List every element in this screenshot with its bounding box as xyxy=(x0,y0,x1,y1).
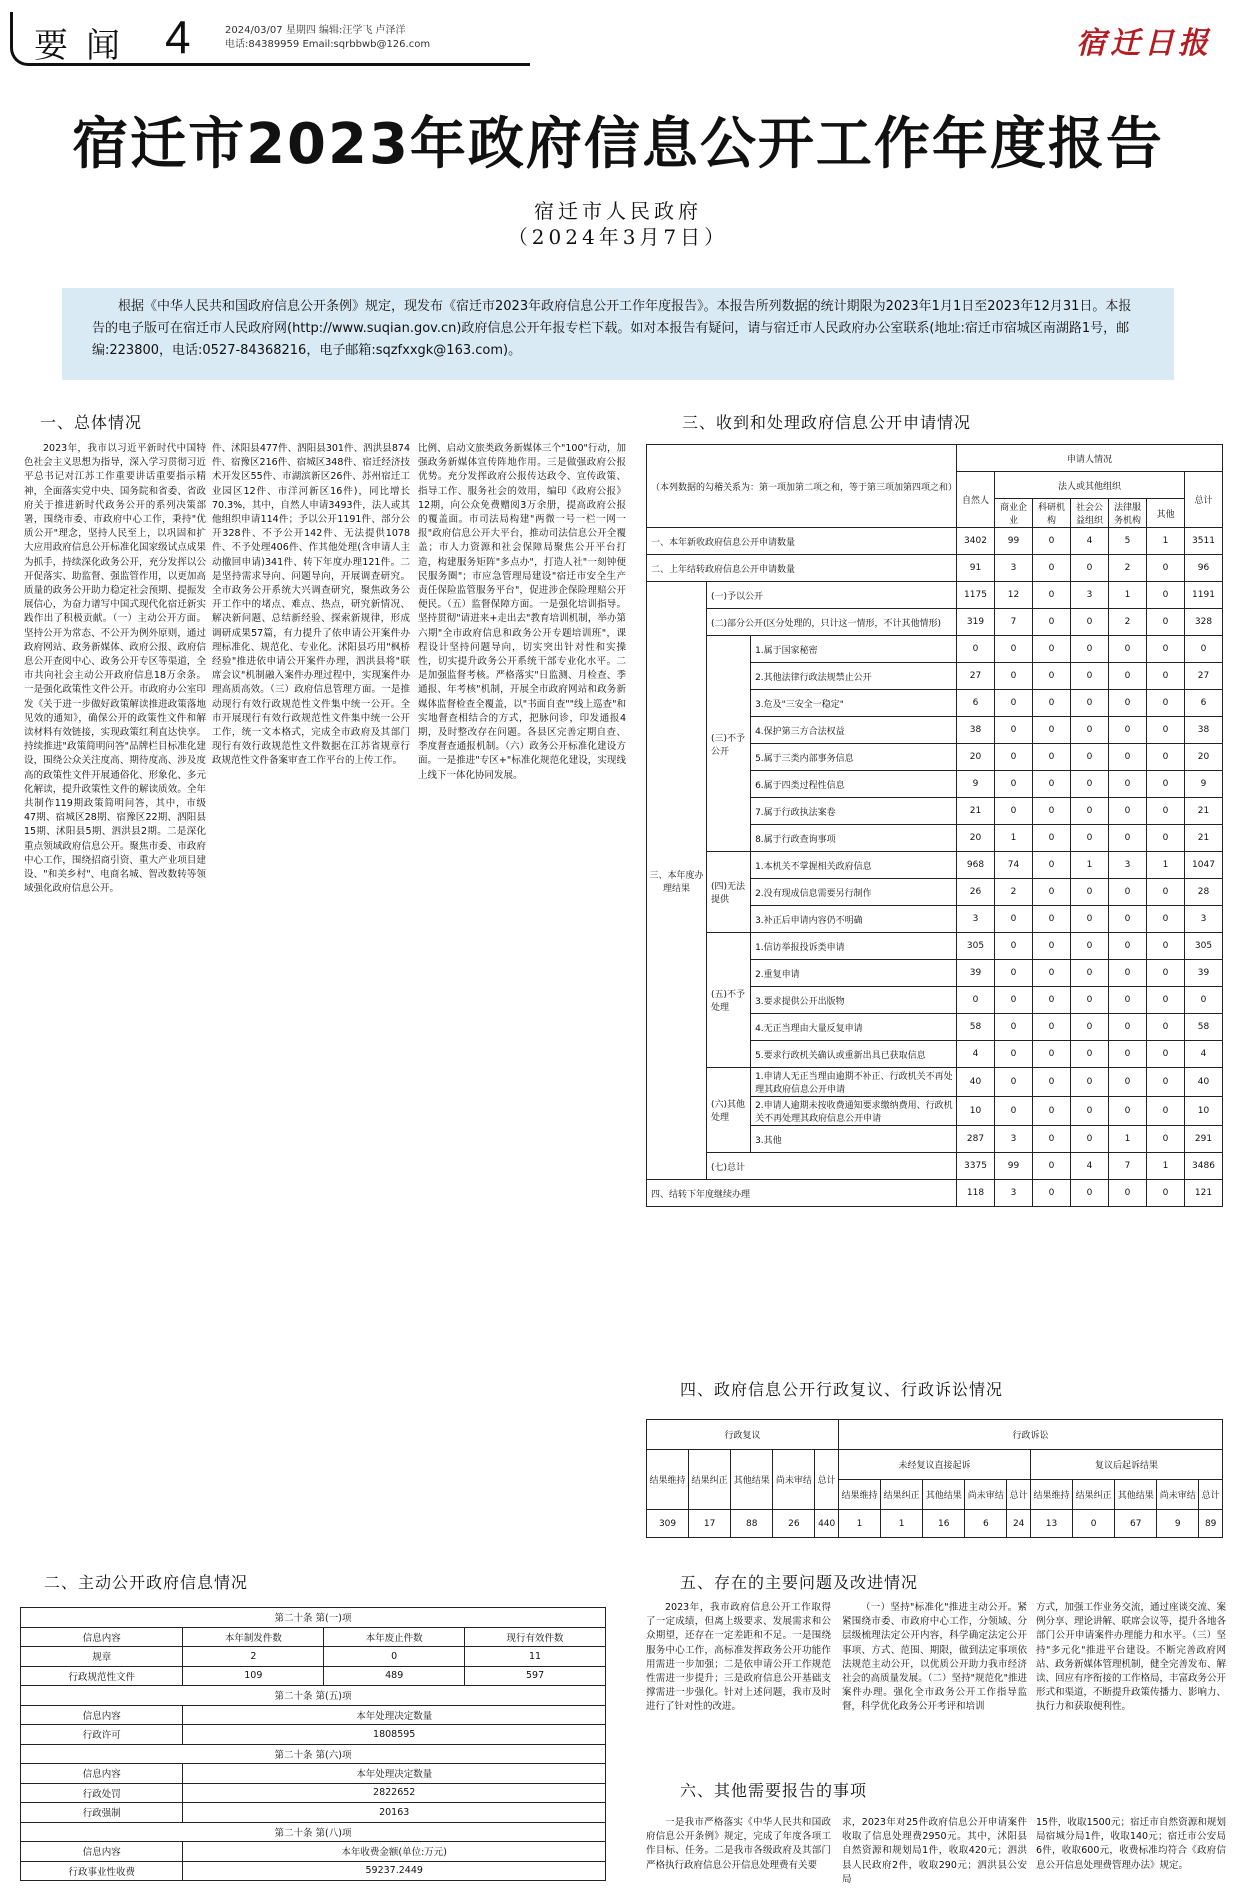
table-cell: 0 xyxy=(1071,798,1109,825)
table-row: 行政许可1808595 xyxy=(21,1725,606,1745)
column-header: 科研机构 xyxy=(1033,499,1071,528)
paragraph: 求，2023年对25件政府信息公开申请案件收取了信息处理费2950元。其中，沭阳… xyxy=(842,1816,1027,1887)
application-handling-table: （本列数据的勾稽关系为：第一项加第二项之和，等于第三项加第四项之和）申请人情况自… xyxy=(646,444,1223,1207)
table-cell: 0 xyxy=(1071,663,1109,690)
table-row: 信息内容本年制发件数本年废止件数现行有效件数 xyxy=(21,1627,606,1647)
row-label: 7.属于行政执法案卷 xyxy=(751,798,957,825)
row-label: (一)予以公开 xyxy=(706,582,956,609)
table-cell: 99 xyxy=(995,528,1033,555)
column-header: 其他结果 xyxy=(923,1480,965,1510)
table-cell: 0 xyxy=(1033,933,1071,960)
table-cell: 2822652 xyxy=(183,1783,606,1803)
block-title: 第二十条 第(一)项 xyxy=(21,1608,606,1628)
table-cell: 0 xyxy=(1147,771,1185,798)
issuer-date: （2024年3月7日） xyxy=(0,224,1236,250)
issuer-block: 宿迁市人民政府 （2024年3月7日） xyxy=(0,198,1236,250)
table-cell: 0 xyxy=(1147,609,1185,636)
table-cell: 1 xyxy=(1147,528,1185,555)
proactive-disclosure-table: 第二十条 第(一)项信息内容本年制发件数本年废止件数现行有效件数规章2011行政… xyxy=(20,1607,606,1881)
column-header: 信息内容 xyxy=(21,1627,183,1647)
section6-heading: 六、其他需要报告的事项 xyxy=(680,1778,867,1801)
table-cell: 0 xyxy=(995,1014,1033,1041)
table-row: 行政规范性文件109489597 xyxy=(21,1666,606,1686)
table-cell: 0 xyxy=(1147,798,1185,825)
table-cell: 0 xyxy=(1109,771,1147,798)
table-cell: 0 xyxy=(1109,906,1147,933)
row-label: 6.属于四类过程性信息 xyxy=(751,771,957,798)
column-header: 信息内容 xyxy=(21,1764,183,1784)
page-title: 宿迁市2023年政府信息公开工作年度报告 xyxy=(0,100,1236,180)
table-cell: 0 xyxy=(1109,987,1147,1014)
section1-heading: 一、总体情况 xyxy=(40,410,142,433)
table-cell: 0 xyxy=(1071,555,1109,582)
table-cell: 11 xyxy=(465,1647,606,1667)
table-cell: 0 xyxy=(324,1647,465,1667)
table-cell: 4 xyxy=(957,1041,995,1068)
column-header: 行政诉讼 xyxy=(838,1420,1222,1450)
paragraph: 2023年，我市政府信息公开工作取得了一定成绩，但离上级要求、发展需求和公众期望… xyxy=(646,1601,831,1715)
table-cell: 12 xyxy=(995,582,1033,609)
table-cell: 3402 xyxy=(957,528,995,555)
row-label: 5.要求行政机关确认或重新出具已获取信息 xyxy=(751,1041,957,1068)
row-label: 3.其他 xyxy=(751,1126,957,1153)
table-cell: 1 xyxy=(838,1510,880,1538)
table-cell: 0 xyxy=(1109,879,1147,906)
table-row: 规章2011 xyxy=(21,1647,606,1667)
table-row: 信息内容本年处理决定数量 xyxy=(21,1764,606,1784)
table-cell: 0 xyxy=(1071,744,1109,771)
table-row: 第二十条 第(八)项 xyxy=(21,1822,606,1842)
table-cell: 0 xyxy=(1109,933,1147,960)
table-cell: 0 xyxy=(1033,825,1071,852)
row-label: 5.属于三类内部事务信息 xyxy=(751,744,957,771)
table-cell: 0 xyxy=(1147,1097,1185,1126)
table-row: 第二十条 第(五)项 xyxy=(21,1686,606,1706)
paragraph: 一是我市严格落实《中华人民共和国政府信息公开条例》规定，完成了年度各项工作目标、… xyxy=(646,1816,831,1873)
table-cell: 0 xyxy=(1071,906,1109,933)
table-cell: 4 xyxy=(1071,1153,1109,1180)
table-cell: 3 xyxy=(1109,852,1147,879)
table-cell: 0 xyxy=(1071,690,1109,717)
group-label: (四)无法提供 xyxy=(706,852,750,933)
table-cell: 0 xyxy=(1071,1041,1109,1068)
section6-column-3: 15件，收取1500元；宿迁市自然资源和规划局宿城分局1件，收取140元；宿迁市… xyxy=(1036,1816,1226,1873)
table-cell: 0 xyxy=(995,717,1033,744)
column-header: 商业企业 xyxy=(995,499,1033,528)
row-label: 2.申请人逾期未按收费通知要求缴纳费用、行政机关不再处理其政府信息公开申请 xyxy=(751,1097,957,1126)
block-title: 第二十条 第(五)项 xyxy=(21,1686,606,1706)
table-cell: 9 xyxy=(1157,1510,1199,1538)
table-cell: 0 xyxy=(1147,1126,1185,1153)
table-cell: 2 xyxy=(183,1647,324,1667)
table-cell: 5 xyxy=(1109,528,1147,555)
table-cell: 0 xyxy=(995,636,1033,663)
section2-heading: 二、主动公开政府信息情况 xyxy=(44,1570,248,1593)
table-cell: 16 xyxy=(923,1510,965,1538)
paragraph: 件、沭阳县477件、泗阳县301件、泗洪县874件、宿豫区216件、宿城区348… xyxy=(212,442,410,769)
table-cell: 1175 xyxy=(957,582,995,609)
section5-column-2: （一）坚持"标准化"推进主动公开。紧紧围绕市委、市政府中心工作，分领域、分层级梳… xyxy=(842,1601,1027,1715)
table-cell: 0 xyxy=(995,744,1033,771)
column-header: 复议后起诉结果 xyxy=(1030,1450,1222,1480)
row-label: 行政许可 xyxy=(21,1725,183,1745)
table-cell: 20 xyxy=(957,744,995,771)
table-row: 三、本年度办理结果(一)予以公开11751203101191 xyxy=(647,582,1223,609)
section5-heading: 五、存在的主要问题及改进情况 xyxy=(680,1570,918,1593)
table-cell: 0 xyxy=(1109,1014,1147,1041)
table-row: （本列数据的勾稽关系为：第一项加第二项之和，等于第三项加第四项之和）申请人情况 xyxy=(647,445,1223,472)
table-cell: 28 xyxy=(1185,879,1223,906)
table-cell: 0 xyxy=(1033,717,1071,744)
table-cell: 0 xyxy=(1071,1068,1109,1097)
group-label: (三)不予公开 xyxy=(706,636,750,852)
group-label: (六)其他处理 xyxy=(706,1068,750,1153)
table-row: 行政强制20163 xyxy=(21,1803,606,1823)
column-header: 结果纠正 xyxy=(1073,1480,1115,1510)
table-cell: 0 xyxy=(1033,744,1071,771)
row-label: 一、本年新收政府信息公开申请数量 xyxy=(647,528,957,555)
table-cell: 287 xyxy=(957,1126,995,1153)
row-label: (二)部分公开(区分处理的，只计这一情形，不计其他情形) xyxy=(706,609,956,636)
table-cell: 0 xyxy=(1071,1097,1109,1126)
table-cell: 3486 xyxy=(1185,1153,1223,1180)
row-label: 行政事业性收费 xyxy=(21,1861,183,1881)
table-cell: 2 xyxy=(1109,555,1147,582)
table-cell: 0 xyxy=(1033,1097,1071,1126)
table-cell: 0 xyxy=(1071,825,1109,852)
row-label: 1.申请人无正当理由逾期不补正、行政机关不再处理其政府信息公开申请 xyxy=(751,1068,957,1097)
table-row: 信息内容本年收费金额(单位:万元) xyxy=(21,1842,606,1862)
table-cell: 0 xyxy=(1109,1041,1147,1068)
paragraph: 15件，收取1500元；宿迁市自然资源和规划局宿城分局1件，收取140元；宿迁市… xyxy=(1036,1816,1226,1873)
row-label: 行政规范性文件 xyxy=(21,1666,183,1686)
section4-heading: 四、政府信息公开行政复议、行政诉讼情况 xyxy=(680,1377,1003,1400)
review-litigation-table: 行政复议行政诉讼结果维持结果纠正其他结果尚未审结总计未经复议直接起诉复议后起诉结… xyxy=(646,1419,1223,1538)
issuer-name: 宿迁市人民政府 xyxy=(0,198,1236,224)
table-cell: 3 xyxy=(957,906,995,933)
row-label: 1.属于国家秘密 xyxy=(751,636,957,663)
table-cell: 20 xyxy=(957,825,995,852)
row-label: 1.信访举报投诉类申请 xyxy=(751,933,957,960)
table-cell: 67 xyxy=(1115,1510,1157,1538)
column-header: 现行有效件数 xyxy=(465,1627,606,1647)
table-cell: 109 xyxy=(183,1666,324,1686)
masthead-meta: 2024/03/07 星期四 编辑:汪学飞 卢泽洋 电话:84389959 Em… xyxy=(225,24,430,52)
column-header: 法律服务机构 xyxy=(1109,499,1147,528)
column-header: 其他 xyxy=(1147,499,1185,528)
block-title: 第二十条 第(八)项 xyxy=(21,1822,606,1842)
table-cell: 291 xyxy=(1185,1126,1223,1153)
table-row: 四、结转下年度继续办理11830000121 xyxy=(647,1180,1223,1207)
row-label: 四、结转下年度继续办理 xyxy=(647,1180,957,1207)
row-label: 二、上年结转政府信息公开申请数量 xyxy=(647,555,957,582)
table-cell: 0 xyxy=(1147,1014,1185,1041)
table-cell: 0 xyxy=(1109,1180,1147,1207)
table-cell: 0 xyxy=(957,636,995,663)
table-cell: 96 xyxy=(1185,555,1223,582)
table-cell: 1 xyxy=(1109,582,1147,609)
table-cell: 0 xyxy=(1109,825,1147,852)
table-cell: 20163 xyxy=(183,1803,606,1823)
table-cell: 968 xyxy=(957,852,995,879)
table-cell: 1808595 xyxy=(183,1725,606,1745)
table-cell: 0 xyxy=(1147,744,1185,771)
column-header: 结果纠正 xyxy=(689,1450,731,1510)
table-cell: 0 xyxy=(1033,879,1071,906)
row-label: 3.补正后申请内容仍不明确 xyxy=(751,906,957,933)
table-cell: 1047 xyxy=(1185,852,1223,879)
table-cell: 0 xyxy=(1109,690,1147,717)
section1-column-3: 比例、启动文旅类政务新媒体三个"100"行动，加强政务新媒体宣传阵地作用。三是做… xyxy=(418,442,626,1537)
table-cell: 121 xyxy=(1185,1180,1223,1207)
row-label: 3.要求提供公开出版物 xyxy=(751,987,957,1014)
table-cell: 3 xyxy=(1071,582,1109,609)
table-cell: 0 xyxy=(1071,1014,1109,1041)
table-cell: 1191 xyxy=(1185,582,1223,609)
table-row: 二、上年结转政府信息公开申请数量913002096 xyxy=(647,555,1223,582)
table-cell: 0 xyxy=(995,1041,1033,1068)
masthead: 要闻 4 2024/03/07 星期四 编辑:汪学飞 卢泽洋 电话:843899… xyxy=(10,8,1226,70)
table-cell: 40 xyxy=(957,1068,995,1097)
table-row: 第二十条 第(六)项 xyxy=(21,1744,606,1764)
table-cell: 0 xyxy=(1033,1041,1071,1068)
table-row: 行政复议行政诉讼 xyxy=(647,1420,1223,1450)
column-header: 其他结果 xyxy=(1115,1480,1157,1510)
table-cell: 0 xyxy=(1147,1180,1185,1207)
column-header: 结果维持 xyxy=(1030,1480,1072,1510)
section5-column-1: 2023年，我市政府信息公开工作取得了一定成绩，但离上级要求、发展需求和公众期望… xyxy=(646,1601,831,1715)
table-cell: 0 xyxy=(1071,960,1109,987)
row-label: 行政处罚 xyxy=(21,1783,183,1803)
section-label: 要闻 xyxy=(34,18,138,67)
column-header: 总计 xyxy=(1007,1480,1031,1510)
table-cell: 305 xyxy=(957,933,995,960)
group-label: 三、本年度办理结果 xyxy=(647,582,707,1180)
table-cell: 0 xyxy=(1185,987,1223,1014)
column-header: 社会公益组织 xyxy=(1071,499,1109,528)
table-cell: 88 xyxy=(731,1510,773,1538)
table-row: (四)无法提供1.本机关不掌握相关政府信息9687401311047 xyxy=(647,852,1223,879)
table-cell: 0 xyxy=(1033,906,1071,933)
table-cell: 99 xyxy=(995,1153,1033,1180)
section1-column-2: 件、沭阳县477件、泗阳县301件、泗洪县874件、宿豫区216件、宿城区348… xyxy=(212,442,410,1537)
column-header: 信息内容 xyxy=(21,1842,183,1862)
table-cell: 489 xyxy=(324,1666,465,1686)
column-header: 自然人 xyxy=(957,472,995,528)
table-cell: 38 xyxy=(957,717,995,744)
table-cell: 24 xyxy=(1007,1510,1031,1538)
table-cell: 0 xyxy=(1147,717,1185,744)
table-cell: 0 xyxy=(1071,933,1109,960)
table-row: (三)不予公开1.属于国家秘密0000000 xyxy=(647,636,1223,663)
table-cell: 0 xyxy=(1033,798,1071,825)
table-cell: 1 xyxy=(995,825,1033,852)
section6-column-1: 一是我市严格落实《中华人民共和国政府信息公开条例》规定，完成了年度各项工作目标、… xyxy=(646,1816,831,1873)
table-cell: 0 xyxy=(1033,1068,1071,1097)
table-cell: 39 xyxy=(1185,960,1223,987)
table-cell: 1 xyxy=(1147,1153,1185,1180)
column-header: 尚未审结 xyxy=(773,1450,815,1510)
table-cell: 0 xyxy=(1071,1180,1109,1207)
column-header: 尚未审结 xyxy=(1157,1480,1199,1510)
table-cell: 0 xyxy=(995,1068,1033,1097)
table-cell: 0 xyxy=(1147,636,1185,663)
table-cell: 0 xyxy=(1109,1097,1147,1126)
table-cell: 0 xyxy=(995,960,1033,987)
section5-column-3: 方式，加强工作业务交流，通过座谈交流、案例分享、理论讲解、联席会议等，提升各地各… xyxy=(1036,1601,1226,1715)
table-cell: 0 xyxy=(1147,690,1185,717)
row-label: 行政强制 xyxy=(21,1803,183,1823)
table-cell: 0 xyxy=(1109,717,1147,744)
table-cell: 91 xyxy=(957,555,995,582)
table-cell: 0 xyxy=(1147,582,1185,609)
column-header: 结果维持 xyxy=(647,1450,689,1510)
table-cell: 1 xyxy=(1109,1126,1147,1153)
column-header: 本年废止件数 xyxy=(324,1627,465,1647)
table-cell: 21 xyxy=(1185,798,1223,825)
paragraph: 2023年，我市以习近平新时代中国特色社会主义思想为指导，深入学习贯彻习近平总书… xyxy=(24,442,206,897)
table-cell: 21 xyxy=(957,798,995,825)
table-cell: 0 xyxy=(1033,960,1071,987)
table-cell: 0 xyxy=(1109,636,1147,663)
table-row: 信息内容本年处理决定数量 xyxy=(21,1705,606,1725)
contact-line: 电话:84389959 Email:sqrbbwb@126.com xyxy=(225,38,430,52)
table-cell: 597 xyxy=(465,1666,606,1686)
table-cell: 328 xyxy=(1185,609,1223,636)
table-cell: 0 xyxy=(1071,879,1109,906)
table-cell: 4 xyxy=(1071,528,1109,555)
section6-column-2: 求，2023年对25件政府信息公开申请案件收取了信息处理费2950元。其中，沭阳… xyxy=(842,1816,1027,1887)
table-cell: 0 xyxy=(1109,1068,1147,1097)
table-cell: 0 xyxy=(1147,1041,1185,1068)
table-cell: 0 xyxy=(1071,1126,1109,1153)
table-cell: 440 xyxy=(815,1510,839,1538)
table-cell: 0 xyxy=(1109,663,1147,690)
table-cell: 6 xyxy=(957,690,995,717)
table-cell: 1 xyxy=(1071,852,1109,879)
table-cell: 59237.2449 xyxy=(183,1861,606,1881)
table-cell: 4 xyxy=(1185,1041,1223,1068)
column-header: 法人或其他组织 xyxy=(995,472,1185,499)
table-cell: 0 xyxy=(1033,528,1071,555)
table-cell: 74 xyxy=(995,852,1033,879)
table-cell: 26 xyxy=(957,879,995,906)
group-label: (五)不予处理 xyxy=(706,933,750,1068)
table-cell: 21 xyxy=(1185,825,1223,852)
row-label: 4.无正当理由大量反复申请 xyxy=(751,1014,957,1041)
table-row: 309178826440111662413067989 xyxy=(647,1510,1223,1538)
table-cell: 3 xyxy=(995,1180,1033,1207)
column-header: 结果纠正 xyxy=(881,1480,923,1510)
table-cell: 0 xyxy=(1071,609,1109,636)
table-cell: 0 xyxy=(1071,717,1109,744)
table-cell: 3 xyxy=(995,1126,1033,1153)
column-header: 申请人情况 xyxy=(957,445,1223,472)
table-cell: 1 xyxy=(1147,852,1185,879)
table-cell: 38 xyxy=(1185,717,1223,744)
table-cell: 0 xyxy=(1147,960,1185,987)
table-cell: 0 xyxy=(1147,906,1185,933)
table-cell: 10 xyxy=(957,1097,995,1126)
column-header: 总计 xyxy=(1199,1480,1223,1510)
table-cell: 58 xyxy=(957,1014,995,1041)
column-header: 行政复议 xyxy=(647,1420,839,1450)
table-cell: 39 xyxy=(957,960,995,987)
table-cell: 0 xyxy=(1033,1180,1071,1207)
column-header: 未经复议直接起诉 xyxy=(838,1450,1030,1480)
table-cell: 0 xyxy=(995,933,1033,960)
column-header: 信息内容 xyxy=(21,1705,183,1725)
newspaper-logo: 宿迁日报 xyxy=(1076,18,1212,62)
table-cell: 26 xyxy=(773,1510,815,1538)
table-cell: 27 xyxy=(1185,663,1223,690)
table-cell: 0 xyxy=(995,1097,1033,1126)
table-cell: 1 xyxy=(881,1510,923,1538)
table-cell: 0 xyxy=(1147,825,1185,852)
table-cell: 89 xyxy=(1199,1510,1223,1538)
table-cell: 319 xyxy=(957,609,995,636)
column-header: 本年收费金额(单位:万元) xyxy=(183,1842,606,1862)
block-title: 第二十条 第(六)项 xyxy=(21,1744,606,1764)
section3-heading: 三、收到和处理政府信息公开申请情况 xyxy=(682,410,971,433)
table-cell: 0 xyxy=(995,798,1033,825)
table-cell: 10 xyxy=(1185,1097,1223,1126)
table-cell: 118 xyxy=(957,1180,995,1207)
table-row: (二)部分公开(区分处理的，只计这一情形，不计其他情形)31970020328 xyxy=(647,609,1223,636)
column-header: 总计 xyxy=(1185,472,1223,528)
row-label: 2.没有现成信息需要另行制作 xyxy=(751,879,957,906)
table-cell: 0 xyxy=(1109,798,1147,825)
table-cell: 0 xyxy=(1033,1126,1071,1153)
table-cell: 0 xyxy=(995,987,1033,1014)
table-cell: 2 xyxy=(1109,609,1147,636)
table-cell: 0 xyxy=(1147,933,1185,960)
table-cell: 6 xyxy=(1185,690,1223,717)
table-row: 行政事业性收费59237.2449 xyxy=(21,1861,606,1881)
column-header: 本年处理决定数量 xyxy=(183,1705,606,1725)
table-cell: 3511 xyxy=(1185,528,1223,555)
column-header: 其他结果 xyxy=(731,1450,773,1510)
table-cell: 309 xyxy=(647,1510,689,1538)
table-cell: 27 xyxy=(957,663,995,690)
table-cell: 2 xyxy=(995,879,1033,906)
row-label: 2.重复申请 xyxy=(751,960,957,987)
page-number: 4 xyxy=(165,10,191,64)
column-header: 本年处理决定数量 xyxy=(183,1764,606,1784)
table-cell: 0 xyxy=(1033,987,1071,1014)
paragraph: （一）坚持"标准化"推进主动公开。紧紧围绕市委、市政府中心工作，分领域、分层级梳… xyxy=(842,1601,1027,1715)
table-cell: 0 xyxy=(1033,582,1071,609)
paragraph: 方式，加强工作业务交流，通过座谈交流、案例分享、理论讲解、联席会议等，提升各地各… xyxy=(1036,1601,1226,1715)
table-cell: 0 xyxy=(1033,690,1071,717)
column-header: 总计 xyxy=(815,1450,839,1510)
table-note: （本列数据的勾稽关系为：第一项加第二项之和，等于第三项加第四项之和） xyxy=(647,445,957,528)
table-row: 行政处罚2822652 xyxy=(21,1783,606,1803)
row-label: 2.其他法律行政法规禁止公开 xyxy=(751,663,957,690)
table-cell: 17 xyxy=(689,1510,731,1538)
table-cell: 6 xyxy=(965,1510,1007,1538)
section1-column-1: 2023年，我市以习近平新时代中国特色社会主义思想为指导，深入学习贯彻习近平总书… xyxy=(24,442,206,1537)
table-cell: 0 xyxy=(1033,609,1071,636)
date-line: 2024/03/07 星期四 编辑:汪学飞 卢泽洋 xyxy=(225,24,430,38)
table-row: (五)不予处理1.信访举报投诉类申请30500000305 xyxy=(647,933,1223,960)
table-cell: 58 xyxy=(1185,1014,1223,1041)
table-cell: 0 xyxy=(1033,636,1071,663)
table-cell: 40 xyxy=(1185,1068,1223,1097)
table-cell: 0 xyxy=(995,771,1033,798)
table-cell: 0 xyxy=(1071,636,1109,663)
table-cell: 0 xyxy=(995,906,1033,933)
